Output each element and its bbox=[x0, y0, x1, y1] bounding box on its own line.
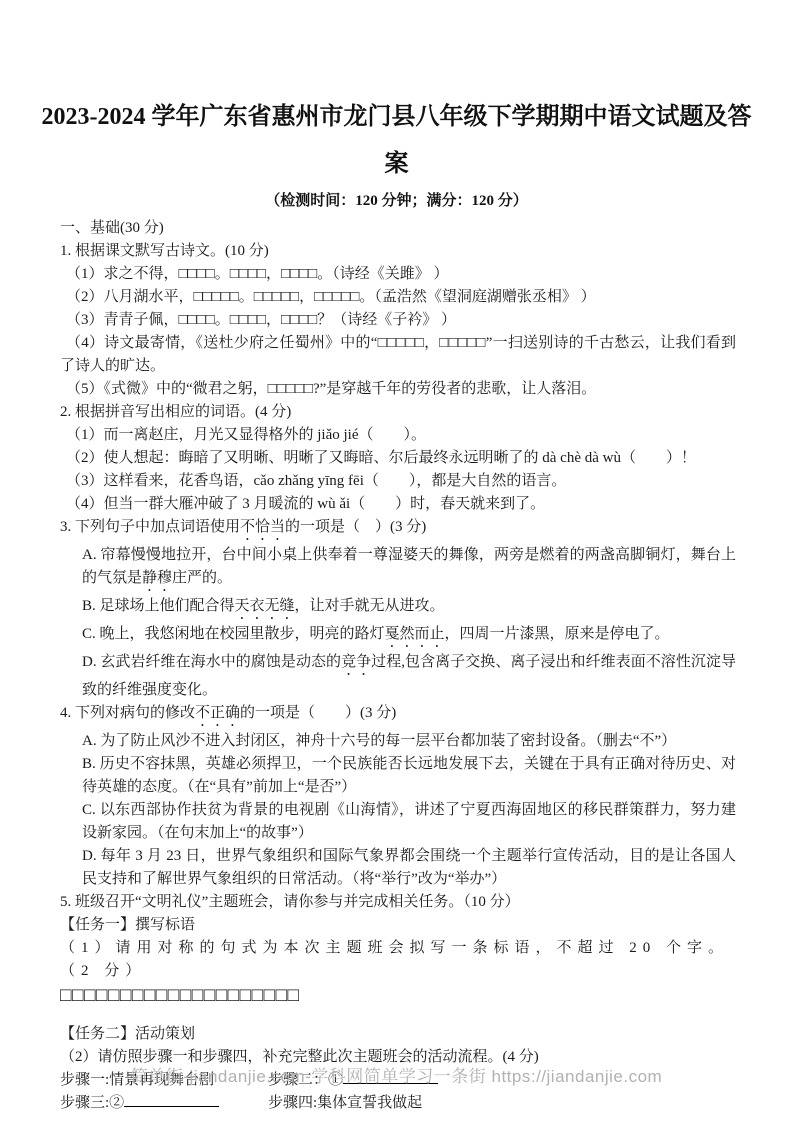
q4-option-c: C. 以东西部协作扶贫为背景的电视剧《山海情》，讲述了宁夏西海固地区的移民群策群… bbox=[60, 799, 736, 845]
q3-option-d-text: D. 玄武岩纤维在海水中的腐蚀是动态的 bbox=[82, 654, 341, 670]
q3-stem-post: 的一项是（ ）(3 分) bbox=[285, 519, 426, 535]
q4-option-a: A. 为了防止风沙不进入封闭区，神舟十六号的每一层平台都加装了密封设备。（删去“… bbox=[60, 730, 736, 753]
q1-item-2: （2）八月湖水平，□□□□□。□□□□□，□□□□□。（孟浩然《望洞庭湖赠张丞相… bbox=[60, 286, 736, 309]
q3-option-c-post: ，四周一片漆黑，原来是停电了。 bbox=[445, 626, 670, 642]
q3-stem-emphasized: 不恰当 bbox=[240, 519, 285, 535]
q3-option-b-text: B. 足球场上他们配合得 bbox=[82, 598, 235, 614]
q5-stem: 5. 班级召开“文明礼仪”主题班会，请你参与并完成相关任务。（10 分） bbox=[60, 891, 736, 914]
q4-stem-emphasized: 不正确 bbox=[195, 705, 240, 721]
q1-item-4: （4）诗文最寄情，《送杜少府之任蜀州》中的“□□□□□，□□□□□”一扫送别诗的… bbox=[60, 332, 736, 378]
q5-step-3-answer-blank bbox=[124, 1092, 219, 1107]
q1-stem: 1. 根据课文默写古诗文。(10 分) bbox=[60, 240, 736, 263]
q5-task2-label: 【任务二】活动策划 bbox=[60, 1023, 736, 1046]
page-title-line2: 案 bbox=[40, 141, 753, 188]
q4-stem-post: 的一项是（ ）(3 分) bbox=[240, 705, 396, 721]
q3-option-d: D. 玄武岩纤维在海水中的腐蚀是动态的竞争过程,包含离子交换、离子浸出和纤维表面… bbox=[60, 651, 736, 702]
q4-option-b: B. 历史不容抹黑，英雄必须捍卫，一个民族能否长远地发展下去，关键在于具有正确对… bbox=[60, 753, 736, 799]
q5-step-3: 步骤三:② bbox=[60, 1092, 268, 1115]
section-1-header: 一、基础(30 分) bbox=[60, 217, 736, 240]
q2-item-4: （4）但当一群大雁冲破了 3 月暖流的 wù ǎi（ ）时，春天就来到了。 bbox=[60, 493, 736, 516]
q5-task1-question: （1）请用对称的句式为本次主题班会拟写一条标语，不超过 20 个字。（2 分） bbox=[60, 937, 736, 983]
exam-time-score-note: （检测时间：120 分钟；满分：120 分） bbox=[0, 190, 793, 212]
page-title: 2023-2024 学年广东省惠州市龙门县八年级下学期期中语文试题及答 案 bbox=[40, 94, 753, 188]
q1-item-1: （1）求之不得，□□□□。□□□□，□□□□。（诗经《关雎》 ） bbox=[60, 263, 736, 286]
q5-step-4: 步骤四:集体宣誓我做起 bbox=[268, 1092, 736, 1115]
q3-option-c-emphasized: 戛然而止 bbox=[385, 626, 445, 642]
q2-item-3: （3）这样看来，花香鸟语，cǎo zhǎng yīng fēi（ ），都是大自然… bbox=[60, 470, 736, 493]
q3-stem-pre: 3. 下列句子中加点词语使用 bbox=[60, 519, 240, 535]
q5-step-3-label: 步骤三:② bbox=[60, 1095, 124, 1111]
page-title-line1: 2023-2024 学年广东省惠州市龙门县八年级下学期期中语文试题及答 bbox=[40, 94, 753, 141]
q4-stem-pre: 4. 下列对病句的修改 bbox=[60, 705, 195, 721]
q4-option-d: D. 每年 3 月 23 日，世界气象组织和国际气象界都会围绕一个主题举行宣传活… bbox=[60, 845, 736, 891]
q4-stem: 4. 下列对病句的修改不正确的一项是（ ）(3 分) bbox=[60, 702, 736, 730]
q3-option-c: C. 晚上，我悠闲地在校园里散步，明亮的路灯戛然而止，四周一片漆黑，原来是停电了… bbox=[60, 623, 736, 651]
q3-option-b-post: ，让对手就无从进攻。 bbox=[295, 598, 445, 614]
q2-stem: 2. 根据拼音写出相应的词语。(4 分) bbox=[60, 401, 736, 424]
q2-item-1: （1）而一离赵庄，月光又显得格外的 jiǎo jié（ ）。 bbox=[60, 424, 736, 447]
q3-option-a-emphasized: 静穆 bbox=[142, 570, 172, 586]
q3-option-c-text: C. 晚上，我悠闲地在校园里散步，明亮的路灯 bbox=[82, 626, 385, 642]
q3-option-a: A. 帘幕慢慢地拉开，台中间小桌上供奉着一尊湿婆天的舞像，两旁是燃着的两盏高脚铜… bbox=[60, 544, 736, 595]
q3-option-a-post: 庄严的。 bbox=[172, 570, 232, 586]
q5-answer-boxes: □□□□□□□□□□□□□□□□□□□□ bbox=[60, 983, 736, 1008]
q2-item-2: （2）使人想起：晦暗了又明晰、明晰了又晦暗、尔后最终永远明晰了的 dà chè … bbox=[60, 447, 736, 470]
q3-option-d-emphasized: 竞争 bbox=[341, 654, 371, 670]
exam-body: 一、基础(30 分) 1. 根据课文默写古诗文。(10 分) （1）求之不得，□… bbox=[60, 217, 736, 1115]
watermark-footer: 简单街-jiandanjie.com-学科网简单学习一条街 https://ji… bbox=[0, 1062, 793, 1087]
exam-page: 2023-2024 学年广东省惠州市龙门县八年级下学期期中语文试题及答 案 （检… bbox=[0, 0, 793, 1122]
q3-option-b-emphasized: 天衣无缝 bbox=[235, 598, 295, 614]
q3-option-b: B. 足球场上他们配合得天衣无缝，让对手就无从进攻。 bbox=[60, 595, 736, 623]
q1-item-3: （3）青青子佩，□□□□。□□□□，□□□□？（诗经《子衿》 ） bbox=[60, 309, 736, 332]
q3-stem: 3. 下列句子中加点词语使用不恰当的一项是（ ）(3 分) bbox=[60, 516, 736, 544]
q5-task1-label: 【任务一】撰写标语 bbox=[60, 914, 736, 937]
q1-item-5: （5）《式微》中的“微君之躬，□□□□□?”是穿越千年的劳役者的悲歌，让人落泪。 bbox=[60, 378, 736, 401]
